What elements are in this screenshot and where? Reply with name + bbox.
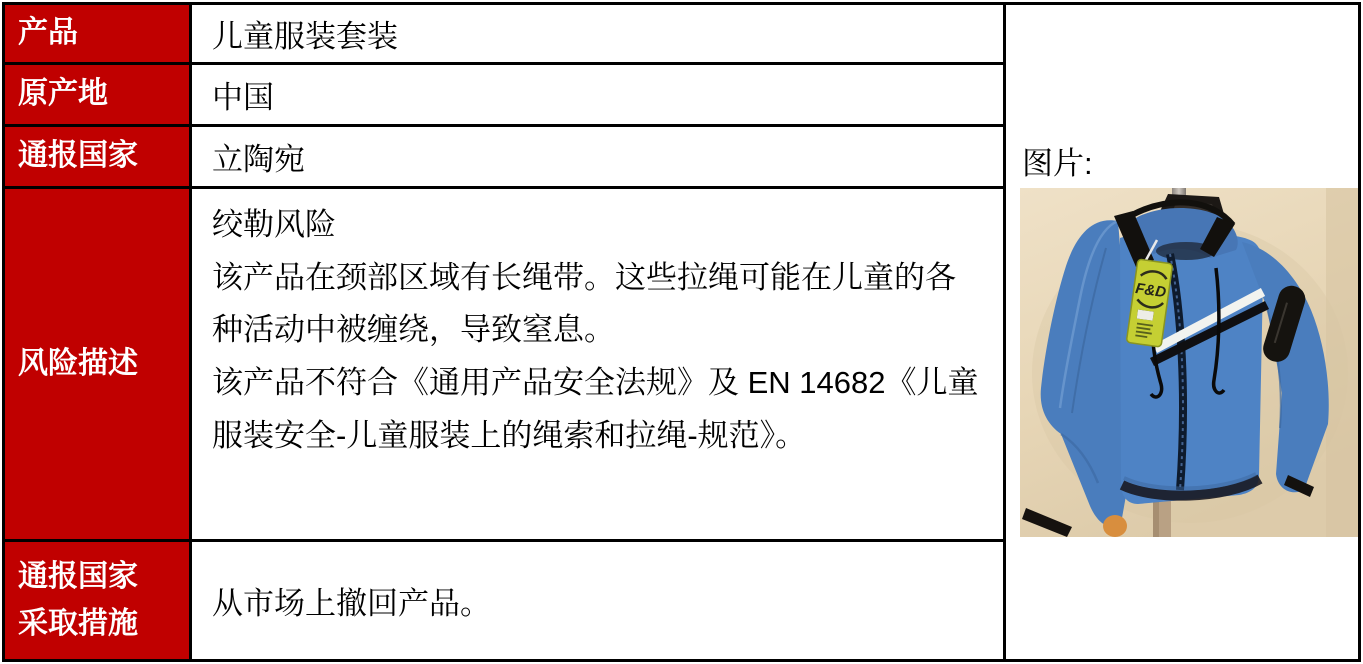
table-row-measures: 通报国家采取措施 从市场上撤回产品。 — [5, 542, 1003, 659]
origin-value: 中国 — [192, 65, 1003, 124]
table-row-notifying-country: 通报国家 立陶宛 — [5, 127, 1003, 189]
measures-label: 通报国家采取措施 — [5, 542, 192, 659]
measures-value: 从市场上撤回产品。 — [192, 542, 1003, 659]
orange-object — [1103, 515, 1127, 537]
product-photo-illustration: F&D — [1020, 188, 1358, 537]
product-photo: F&D — [1020, 188, 1358, 537]
origin-label: 原产地 — [5, 65, 192, 124]
risk-paragraph-title: 绞勒风险 — [212, 199, 979, 252]
risk-description-label: 风险描述 — [5, 189, 192, 539]
recall-notice-document: 产品 儿童服装套装 原产地 中国 通报国家 立陶宛 风险描述 绞勒风险 该产品在… — [0, 0, 1363, 664]
details-table: 产品 儿童服装套装 原产地 中国 通报国家 立陶宛 风险描述 绞勒风险 该产品在… — [5, 5, 1006, 659]
notification-table: 产品 儿童服装套装 原产地 中国 通报国家 立陶宛 风险描述 绞勒风险 该产品在… — [2, 2, 1361, 662]
product-label: 产品 — [5, 5, 192, 62]
notifying-country-value: 立陶宛 — [192, 127, 1003, 186]
table-row-product: 产品 儿童服装套装 — [5, 5, 1003, 65]
table-row-origin: 原产地 中国 — [5, 65, 1003, 127]
table-row-risk-description: 风险描述 绞勒风险 该产品在颈部区域有长绳带。这些拉绳可能在儿童的各种活动中被缠… — [5, 189, 1003, 542]
risk-description-value: 绞勒风险 该产品在颈部区域有长绳带。这些拉绳可能在儿童的各种活动中被缠绕，导致窒… — [192, 189, 1003, 539]
notifying-country-label: 通报国家 — [5, 127, 192, 186]
product-value: 儿童服装套装 — [192, 5, 1003, 62]
image-panel-label: 图片: — [1022, 138, 1093, 183]
risk-paragraph-standard: 该产品不符合《通用产品安全法规》及 EN 14682《儿童服装安全-儿童服装上的… — [212, 357, 979, 462]
image-panel: 图片: — [1006, 5, 1358, 659]
risk-paragraph-hazard: 该产品在颈部区域有长绳带。这些拉绳可能在儿童的各种活动中被缠绕，导致窒息。 — [212, 252, 979, 357]
